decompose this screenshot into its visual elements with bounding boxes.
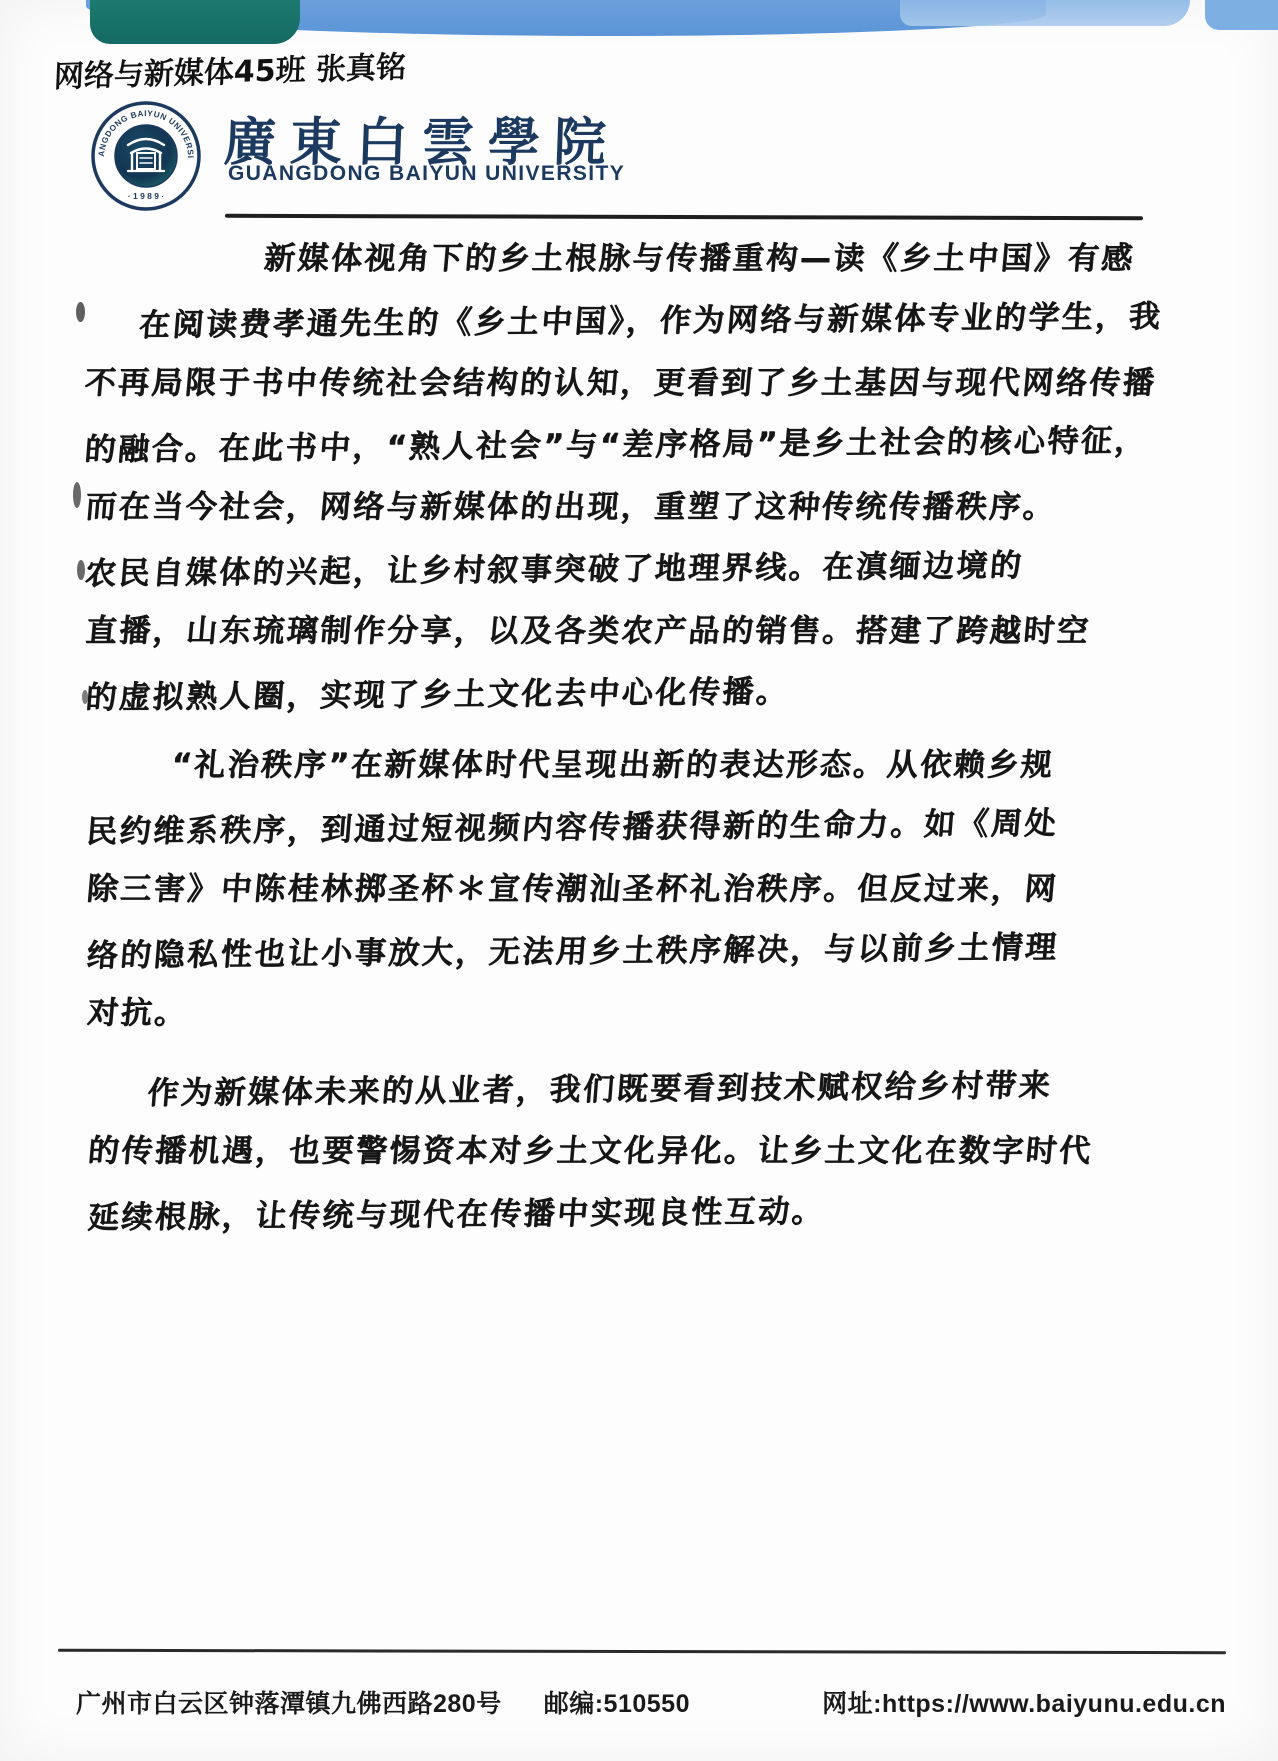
photo-background-teal-strip: [90, 0, 300, 44]
essay-line: “礼治秩序”在新媒体时代呈现出新的表达形态。从依赖乡规: [169, 734, 1194, 796]
essay-line: 延续根脉，让传统与现代在传播中实现良性互动。: [85, 1177, 1195, 1249]
essay-line: 民约维系秩序，到通过短视频内容传播获得新的生命力。如《周处: [84, 791, 1194, 863]
photo-background-blue-corner: [1205, 0, 1278, 30]
essay-line: 的传播机遇，也要警惕资本对乡土文化异化。让乡土文化在数字时代: [85, 1120, 1195, 1182]
essay-title: 新媒体视角下的乡土根脉与传播重构—读《乡土中国》有感: [261, 228, 1191, 290]
scanned-document-page: 网络与新媒体45班 张真铭 GUANGDONG BAIYUN UNIVERSIT…: [0, 0, 1278, 1761]
photo-background-blue-fade: [900, 0, 1190, 26]
essay-line: 对抗。: [85, 982, 1195, 1044]
essay-line: 除三害》中陈桂林掷圣杯＊宣传潮汕圣杯礼治秩序。但反过来，网: [84, 858, 1194, 920]
essay-line: 不再局限于书中传统社会结构的认知，更看到了乡土基因与现代网络传播: [82, 352, 1192, 414]
essay-line: 农民自媒体的兴起，让乡村叙事突破了地理界线。在滇缅边境的: [83, 533, 1193, 605]
essay-line: 而在当今社会，网络与新媒体的出现，重塑了这种传统传播秩序。: [82, 476, 1192, 538]
university-seal-icon: GUANGDONG BAIYUN UNIVERSITY · 1 9 8 9 ·: [90, 100, 202, 212]
university-name-english: GUANGDONG BAIYUN UNIVERSITY: [228, 162, 625, 186]
essay-line: 的虚拟熟人圈，实现了乡土文化去中心化传播。: [83, 657, 1193, 729]
essay-line: 直播，山东琉璃制作分享，以及各类农产品的销售。搭建了跨越时空: [83, 600, 1193, 662]
photo-artifact: [73, 482, 81, 508]
essay-line: 的融合。在此书中，“熟人社会”与“差序格局”是乡土社会的核心特征，: [82, 409, 1192, 481]
footer-website: 网址:https://www.baiyunu.edu.cn: [822, 1684, 1226, 1720]
footer-address: 广州市白云区钟落潭镇九佛西路280号: [76, 1684, 502, 1720]
footer-divider-line: [58, 1649, 1226, 1654]
footer: 广州市白云区钟落潭镇九佛西路280号 邮编:510550 网址:https://…: [76, 1684, 1226, 1720]
essay-line: 作为新媒体未来的从业者，我们既要看到技术赋权给乡村带来: [145, 1053, 1195, 1124]
essay-line: 络的隐私性也让小事放大，无法用乡土秩序解决，与以前乡土情理: [84, 915, 1194, 987]
handwritten-essay: 新媒体视角下的乡土根脉与传播重构—读《乡土中国》有感 在阅读费孝通先生的《乡土中…: [84, 226, 1193, 1247]
seal-year-text: · 1 9 8 9 ·: [128, 191, 164, 201]
header-divider-line: [225, 214, 1143, 220]
essay-line: 在阅读费孝通先生的《乡土中国》，作为网络与新媒体专业的学生，我: [137, 285, 1192, 356]
handwritten-class-and-name: 网络与新媒体45班 张真铭: [53, 40, 475, 96]
footer-postcode: 邮编:510550: [544, 1684, 690, 1720]
